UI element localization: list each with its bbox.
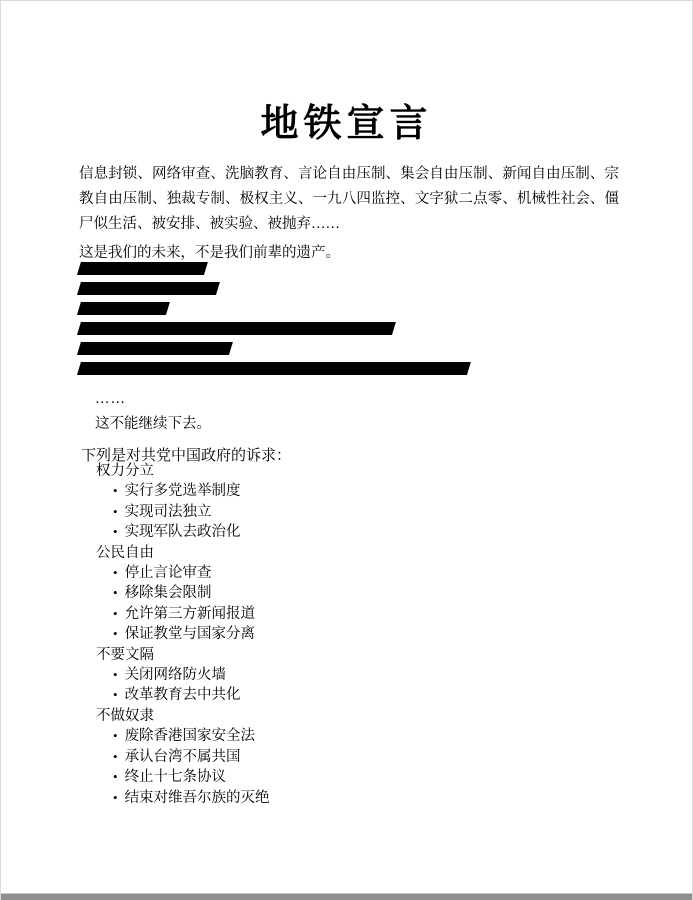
demand-group-heading: 权力分立 <box>96 461 270 481</box>
demand-item-label: 实行多党选举制度 <box>125 483 241 499</box>
bullet-icon: • <box>113 747 118 767</box>
cannot-continue-statement: 这不能继续下去。 <box>95 414 211 434</box>
bullet-icon: • <box>113 563 118 583</box>
redaction-bar <box>77 322 396 335</box>
demand-item: •允许第三方新闻报道 <box>96 604 270 624</box>
demand-group-heading: 不要文隔 <box>96 645 270 665</box>
page-bottom-edge <box>1 893 692 900</box>
demand-item: •废除香港国家安全法 <box>96 726 270 746</box>
demands-list: 权力分立•实行多党选举制度•实现司法独立•实现军队去政治化公民自由•停止言论审查… <box>96 461 270 808</box>
document-title: 地铁宣言 <box>1 104 692 146</box>
future-statement: 这是我们的未来，不是我们前辈的遗产。 <box>79 243 340 263</box>
demand-item-label: 承认台湾不属共国 <box>125 749 241 765</box>
demand-item: •移除集会限制 <box>96 583 270 603</box>
demand-item-label: 终止十七条协议 <box>125 769 227 785</box>
demand-item: •实现司法独立 <box>96 502 270 522</box>
redaction-bar <box>77 362 471 375</box>
bullet-icon: • <box>113 502 118 522</box>
grievances-paragraph: 信息封锁、网络审查、洗脑教育、言论自由压制、集会自由压制、新闻自由压制、宗教自由… <box>79 162 619 237</box>
bullet-icon: • <box>113 767 118 787</box>
demand-item-label: 结束对维吾尔族的灭绝 <box>125 790 270 806</box>
bullet-icon: • <box>113 583 118 603</box>
demand-item-label: 移除集会限制 <box>125 585 212 601</box>
demand-group-heading: 公民自由 <box>96 543 270 563</box>
bullet-icon: • <box>113 624 118 644</box>
bullet-icon: • <box>113 788 118 808</box>
redaction-bar <box>77 302 170 315</box>
redaction-bar <box>77 282 220 295</box>
demand-item: •保证教堂与国家分离 <box>96 624 270 644</box>
demand-item: •停止言论审查 <box>96 563 270 583</box>
demand-item: •实行多党选举制度 <box>96 481 270 501</box>
demand-item-label: 废除香港国家安全法 <box>125 728 256 744</box>
redaction-bar <box>77 342 233 355</box>
bullet-icon: • <box>113 685 118 705</box>
ellipsis-line: …… <box>95 390 126 408</box>
demand-item: •结束对维吾尔族的灭绝 <box>96 788 270 808</box>
demand-item: •实现军队去政治化 <box>96 522 270 542</box>
demand-item: •终止十七条协议 <box>96 767 270 787</box>
bullet-icon: • <box>113 604 118 624</box>
demand-item-label: 保证教堂与国家分离 <box>125 626 256 642</box>
demand-item: •承认台湾不属共国 <box>96 747 270 767</box>
bullet-icon: • <box>113 522 118 542</box>
demand-group-heading: 不做奴隶 <box>96 706 270 726</box>
demand-item-label: 关闭网络防火墙 <box>125 667 227 683</box>
bullet-icon: • <box>113 481 118 501</box>
demand-item: •关闭网络防火墙 <box>96 665 270 685</box>
redaction-bar <box>77 262 208 275</box>
demand-item-label: 实现军队去政治化 <box>125 524 241 540</box>
demand-item-label: 实现司法独立 <box>125 504 212 520</box>
demand-item-label: 停止言论审查 <box>125 565 212 581</box>
demand-item-label: 改革教育去中共化 <box>125 687 241 703</box>
redacted-block <box>79 262 469 382</box>
bullet-icon: • <box>113 726 118 746</box>
bullet-icon: • <box>113 665 118 685</box>
document-page: 地铁宣言 信息封锁、网络审查、洗脑教育、言论自由压制、集会自由压制、新闻自由压制… <box>0 0 693 900</box>
demand-item-label: 允许第三方新闻报道 <box>125 606 256 622</box>
demand-item: •改革教育去中共化 <box>96 685 270 705</box>
